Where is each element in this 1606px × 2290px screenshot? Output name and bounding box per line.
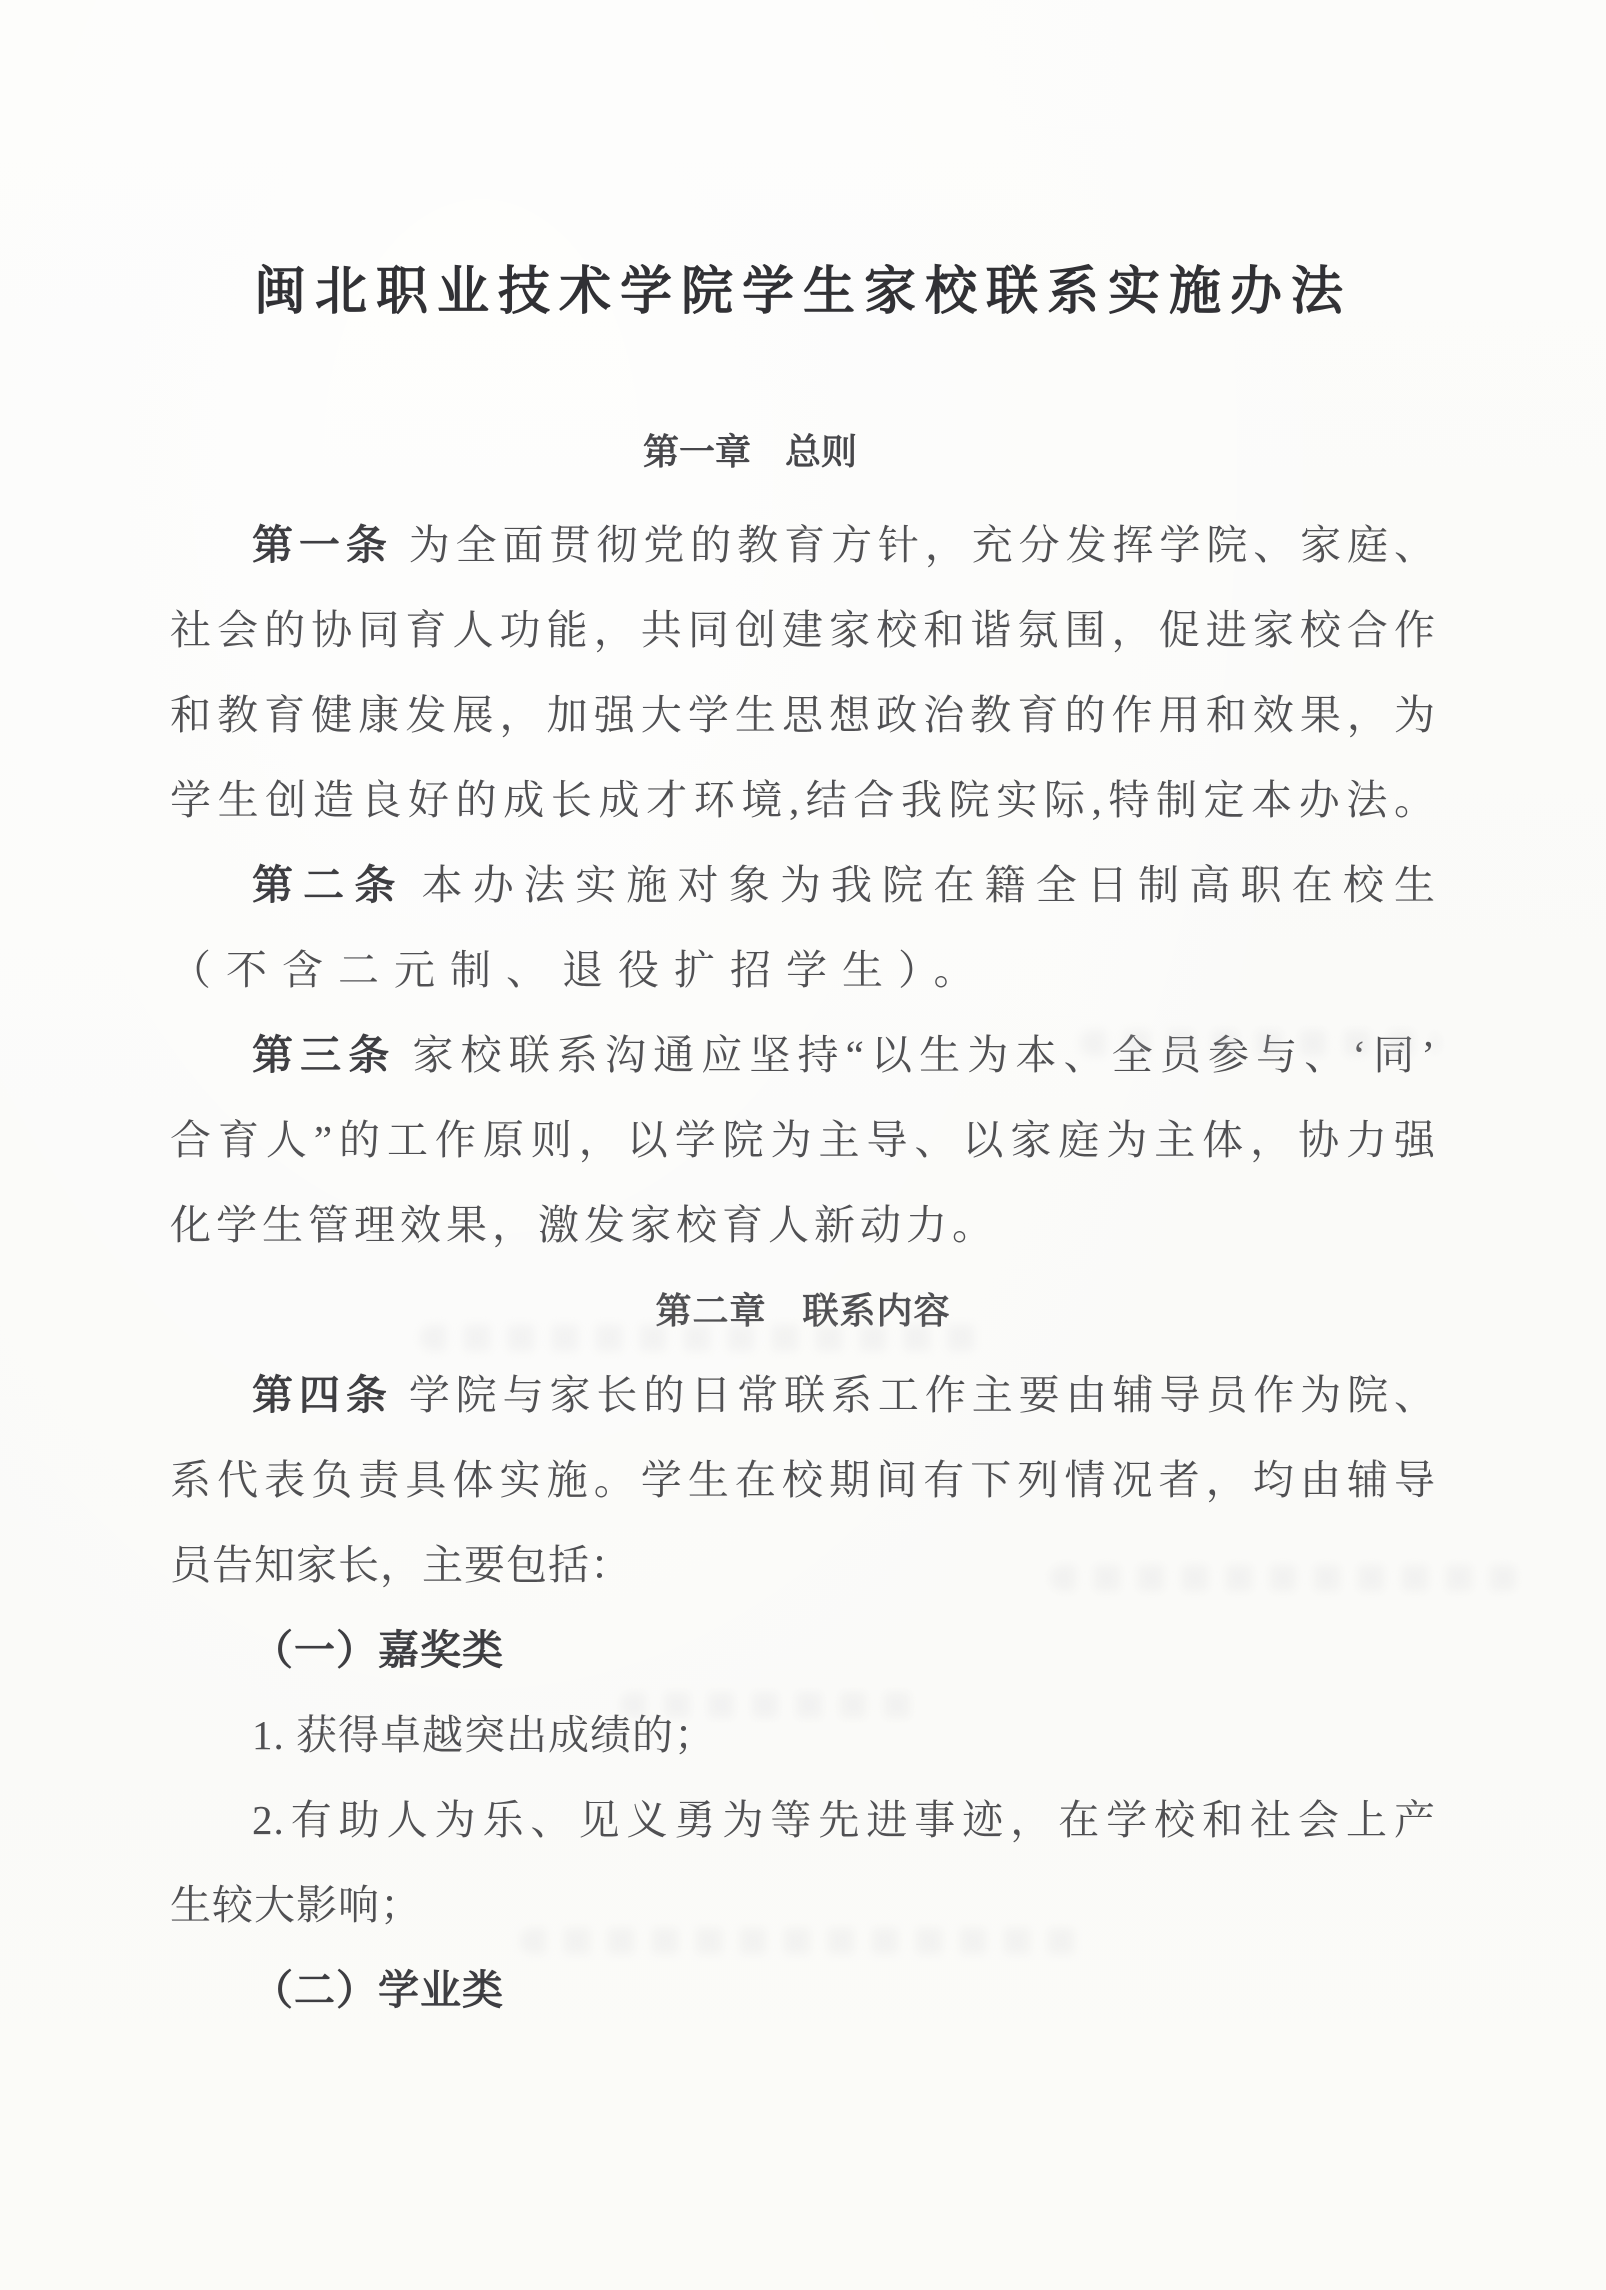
body-line: 第三条家校联系沟通应坚持“以生为本、全员参与、‘同’ [170, 1013, 1436, 1098]
body-line: 1. 获得卓越突出成绩的； [170, 1693, 1436, 1778]
body-line: 第二条本办法实施对象为我院在籍全日制高职在校生 [170, 843, 1436, 928]
item-category-1: （一）嘉奖类 [252, 1627, 504, 1673]
body-line: 学生创造良好的成长成才环境,结合我院实际,特制定本办法。 [170, 758, 1436, 843]
line-text: 学院与家长的日常联系工作主要由辅导员作为院、 [409, 1372, 1436, 1418]
chapter-1-name: 总则 [785, 431, 857, 472]
item-number: 2. [252, 1797, 285, 1843]
article-1-label: 第一条 [252, 522, 393, 568]
chapter-2-name: 联系内容 [803, 1290, 951, 1331]
body-line: 生较大影响； [170, 1863, 1436, 1948]
chapter-2-heading: 第二章联系内容 [170, 1268, 1436, 1353]
chapter-2-number: 第二章 [655, 1268, 766, 1353]
body-line: 和教育健康发展，加强大学生思想政治教育的作用和效果，为 [170, 673, 1436, 758]
article-2-label: 第二条 [252, 862, 406, 908]
document-title: 闽北职业技术学院学生家校联系实施办法 [170, 262, 1436, 324]
body-line: 员告知家长，主要包括： [170, 1523, 1436, 1608]
scanned-document-page: 闽北职业技术学院学生家校联系实施办法 第一章总则 第一条为全面贯彻党的教育方针，… [0, 0, 1606, 2290]
line-text: 员告知家长，主要包括： [170, 1542, 632, 1588]
body-line: 2.有助人为乐、见义勇为等先进事迹，在学校和社会上产 [170, 1778, 1436, 1863]
line-text: 家校联系沟通应坚持“以生为本、全员参与、‘同’ [412, 1032, 1436, 1078]
body-line: 合育人”的工作原则，以学院为主导、以家庭为主体，协力强 [170, 1098, 1436, 1183]
line-text: 本办法实施对象为我院在籍全日制高职在校生 [422, 862, 1436, 908]
line-text: 合育人”的工作原则，以学院为主导、以家庭为主体，协力强 [170, 1117, 1436, 1163]
line-text: 和教育健康发展，加强大学生思想政治教育的作用和效果，为 [170, 692, 1436, 738]
article-3-label: 第三条 [252, 1032, 396, 1078]
chapter-1-number: 第一章 [643, 426, 751, 478]
body-line: 系代表负责具体实施。学生在校期间有下列情况者，均由辅导 [170, 1438, 1436, 1523]
body-line: （不含二元制、退役扩招学生）。 [170, 928, 1436, 1013]
body-line: 化学生管理效果，激发家校育人新动力。 [170, 1183, 1436, 1268]
line-text: 1. 获得卓越突出成绩的； [252, 1712, 716, 1758]
document-body: 第一条为全面贯彻党的教育方针，充分发挥学院、家庭、 社会的协同育人功能，共同创建… [170, 503, 1436, 2033]
body-line: （一）嘉奖类 [170, 1608, 1436, 1693]
line-text: （不含二元制、退役扩招学生）。 [170, 947, 990, 993]
body-line: （二）学业类 [170, 1948, 1436, 2033]
body-line: 社会的协同育人功能，共同创建家校和谐氛围，促进家校合作 [170, 588, 1436, 673]
article-4-label: 第四条 [252, 1372, 393, 1418]
line-text: 为全面贯彻党的教育方针，充分发挥学院、家庭、 [409, 522, 1436, 568]
item-category-2: （二）学业类 [252, 1967, 504, 2013]
line-text: 有助人为乐、见义勇为等先进事迹，在学校和社会上产 [285, 1797, 1436, 1843]
chapter-1-heading: 第一章总则 [170, 426, 1436, 478]
line-text: 化学生管理效果，激发家校育人新动力。 [170, 1202, 998, 1248]
body-line: 第一条为全面贯彻党的教育方针，充分发挥学院、家庭、 [170, 503, 1436, 588]
line-text: 社会的协同育人功能，共同创建家校和谐氛围，促进家校合作 [170, 607, 1436, 653]
body-line: 第四条学院与家长的日常联系工作主要由辅导员作为院、 [170, 1353, 1436, 1438]
line-text: 生较大影响； [170, 1882, 422, 1928]
line-text: 学生创造良好的成长成才环境,结合我院实际,特制定本办法。 [170, 777, 1436, 823]
line-text: 系代表负责具体实施。学生在校期间有下列情况者，均由辅导 [170, 1457, 1436, 1503]
